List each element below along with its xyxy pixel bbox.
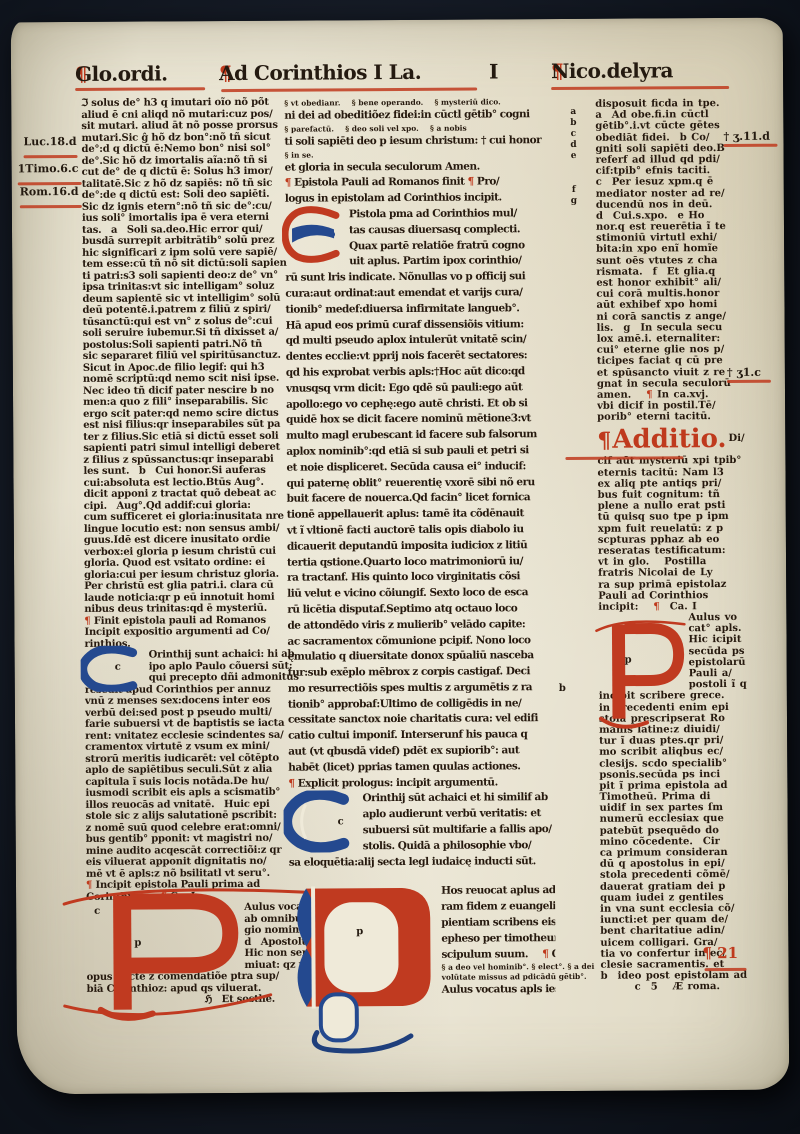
text-line: dicauerit deputandū imposita iudiciox z …: [287, 538, 553, 555]
text-line: farie subuersi vt de baptistis se iacta: [85, 718, 317, 731]
text-line: secūda ps: [689, 645, 781, 657]
text-line: vt ĩ vltionē facti auctorē talis opis di…: [287, 522, 553, 539]
rubric-underline: [723, 144, 777, 147]
text-line: uit aplus. Partim ipox corinthio/: [349, 253, 551, 270]
text-line: tionib° approbaf:Ultimo de colligēdis in…: [288, 696, 554, 713]
text-line: Pistola pma ad Corinthios mul/: [349, 206, 551, 223]
margin-note-right: † ʒ.11.d: [723, 130, 770, 143]
reference-letter: f: [568, 185, 580, 195]
pilcrow-icon: ¶: [597, 428, 611, 454]
initial-guide-letter: p: [134, 938, 141, 949]
text-line: sic separaret filiū vel spiritūsanctuz.: [83, 350, 315, 363]
text-line: qd multi pseudo aplox intulerūt vnitatē …: [286, 332, 552, 349]
reference-letter: g: [568, 196, 580, 206]
reference-letter: a: [567, 107, 579, 117]
rubric-underline: [20, 205, 82, 208]
rubric-underline: [705, 968, 747, 971]
text-line: tertia qstione.Quarto loco matrimoniorū …: [287, 554, 553, 571]
text-line: scipulum suum. ¶ Ca. I: [441, 947, 555, 963]
margin-note-right: ¶ 21: [702, 944, 738, 962]
initial-guide-letter: p: [356, 926, 363, 937]
rubric-underline: [24, 155, 78, 158]
margin-note-right: † ʒ1.c: [727, 366, 761, 379]
text-line: cum sufficeret ei gloria:inusitata nre: [84, 511, 316, 524]
text-line: subuersi sūt multifarie a fallis apo/: [363, 822, 555, 839]
rubric-underline: [18, 182, 82, 185]
text-line: c 5 Æ roma.: [635, 981, 783, 993]
text-line: stolis. Quidā a philosophie vbo/: [363, 838, 555, 855]
header-chapter-numeral: I: [489, 59, 498, 83]
text-line: buit facere de nouerca.Qd facin° licet f…: [287, 490, 553, 507]
initial-p-giant-col2: [288, 882, 437, 1055]
text-line: de attondēdo viris z mulierib° velādo ca…: [287, 617, 553, 634]
text-line: rent: vnitatez ecclesie scindentes sa/: [85, 729, 317, 742]
text-line: postoli ĩ q: [689, 679, 781, 691]
rubric-underline: [551, 86, 729, 90]
initial-guide-letter: c: [338, 816, 344, 827]
text-line: Pauli a/: [689, 668, 781, 680]
text-line: dentes ecclie:vt pprij nois facerēt sect…: [286, 348, 552, 365]
text-line: Aulus vo: [688, 612, 780, 624]
reference-letter: b: [567, 118, 579, 128]
rubric-underline: [727, 380, 771, 383]
initial-e-red-blue: [282, 204, 342, 264]
text-line: rū sunt lris indicate. Nõnullas vo p off…: [285, 269, 551, 286]
text-line: tur:sub exēplo mēbrox z corpis castigaf.…: [288, 664, 554, 681]
rubric-underline: [221, 88, 477, 92]
reference-letter: e: [568, 151, 580, 161]
text-line: qui paternę oblit° reuerentię vxorē sibi…: [287, 475, 553, 492]
initial-guide-letter: c: [94, 906, 100, 917]
margin-citation-left: Rom.16.d: [20, 185, 79, 198]
text-line: epistolarū: [689, 656, 781, 668]
reference-letter: d: [567, 140, 579, 150]
text-line: pientiam scribens eis ab: [441, 915, 555, 931]
text-line: multo magl erubescant id facere sub fals…: [286, 427, 552, 444]
initial-c-blue-col1: [81, 646, 139, 692]
text-line: Orinthij sūt achaici et hi similif ab: [362, 791, 554, 808]
manuscript-page: ¶Glo.ordi. ¶Ad Corinthios I La. I ¶Nico.…: [11, 18, 790, 1095]
text-line: tionē appellauerit aplus: tamē ita cõdēn…: [287, 506, 553, 523]
text-line: ac sacramentox cõmunione pcipif. Nono lo…: [287, 633, 553, 650]
text-line: ra tractanf. His quinto loco virginitati…: [287, 569, 553, 586]
text-line: deum sapientē sic vt intelligim° solū: [82, 292, 314, 305]
text-line: quidē hox se dicit facere nominū mētione…: [286, 411, 552, 428]
text-line: cat° apls.: [688, 623, 780, 635]
text-line: catio cultui imponif. Interserunf his pa…: [288, 727, 554, 744]
initial-p-red-col1: [60, 876, 321, 1028]
margin-citation-left: Luc.18.d: [23, 135, 76, 148]
text-line: Aulus vocatus apls iesu: [442, 982, 556, 998]
text-line: tem esse:cū tñ nõ sit dictū:soli sapien: [82, 258, 314, 271]
column-lyra-commentary-right: disposuit ficda in tpe.a Ad obe.fi.in cū…: [595, 98, 782, 994]
text-line: volūtate missus ad pdicādū gētib°.: [442, 972, 556, 983]
text-line: tas causas diuersasq complecti.: [349, 222, 551, 239]
text-line: qd his exprobat verbis apls:†Hoc aūt dic…: [286, 364, 552, 381]
marginalia-layer: Luc.18.d1Timo.6.cRom.16.d† ʒ.11.d† ʒ1.c¶…: [11, 18, 783, 23]
initial-p-red-col3: [594, 610, 687, 741]
text-line: vnusqsq vrm dicit: Ego qdē sū pauli:ego …: [286, 380, 552, 397]
text-line: Hos reuocat aplus ad ve: [441, 884, 555, 900]
text-line: cura:aut ordinat:aut emendat et varijs c…: [285, 285, 551, 302]
text-line: liū velut e vicino cõiungif. Sexto loco …: [287, 585, 553, 602]
text-line: aplo audierunt verbū veritatis: et: [363, 806, 555, 823]
initial-guide-letter: p: [625, 655, 632, 666]
text-line: sa eloquētia:alij secta legl iudaicę ind…: [289, 854, 555, 871]
text-line: apollo:ego vo cephę:ego autē christi. Et…: [286, 396, 552, 413]
text-line: ęmulatio q diuersitate donox spūaliū nas…: [288, 648, 554, 665]
text-line: ti soli sapiēti deo p iesum christum: † …: [284, 133, 550, 150]
additio-heading: ¶Additio.Di/: [597, 422, 779, 456]
text-line: rū licētia disputaf.Septimo atq octauo l…: [287, 601, 553, 618]
text-line: epheso per timotheum di/: [441, 931, 555, 947]
text-line: tionib° medef:diuersa infirmitate langue…: [285, 301, 551, 318]
text-line: et noie displiceret. Secūda causa ei° in…: [286, 459, 552, 476]
initial-guide-letter: c: [115, 662, 121, 673]
text-line: habēt (licet) pprias tamen quulas action…: [288, 759, 554, 776]
margin-citation-left: 1Timo.6.c: [18, 162, 79, 175]
text-line: ni dei ad obeditiõez fidei:in cūctl gēti…: [284, 107, 550, 124]
text-line: Quax partē relatiõe fratrū cogno: [349, 238, 551, 255]
initial-guide-letter: b: [559, 683, 566, 694]
reference-letter: c: [567, 129, 579, 139]
photo-background: ¶Glo.ordi. ¶Ad Corinthios I La. I ¶Nico.…: [0, 0, 800, 1134]
text-line: § a deo vel hominib°. § elect°. § a dei: [441, 962, 555, 973]
text-line: et gloria in secula seculorum Amen.: [285, 159, 551, 176]
text-line: aplox nominib°:qd etiā si sub pauli et p…: [286, 443, 552, 460]
text-line: aut (vt qbusdā videf) pdēt ex supiorib°:…: [288, 743, 554, 760]
text-line: Hā apud eos primū curaf dissensiõis viti…: [286, 317, 552, 334]
text-line: mo resurrectiõis spes multis z argumētis…: [288, 680, 554, 697]
text-line: Hic icipit: [688, 634, 780, 646]
text-line: cessitate sanctox noie charitatis cura: …: [288, 712, 554, 729]
text-line: ram fidem z euangelica sa: [441, 899, 555, 915]
text-line: ¶ Epistola Pauli ad Romanos finit ¶ Pro/: [285, 174, 551, 191]
